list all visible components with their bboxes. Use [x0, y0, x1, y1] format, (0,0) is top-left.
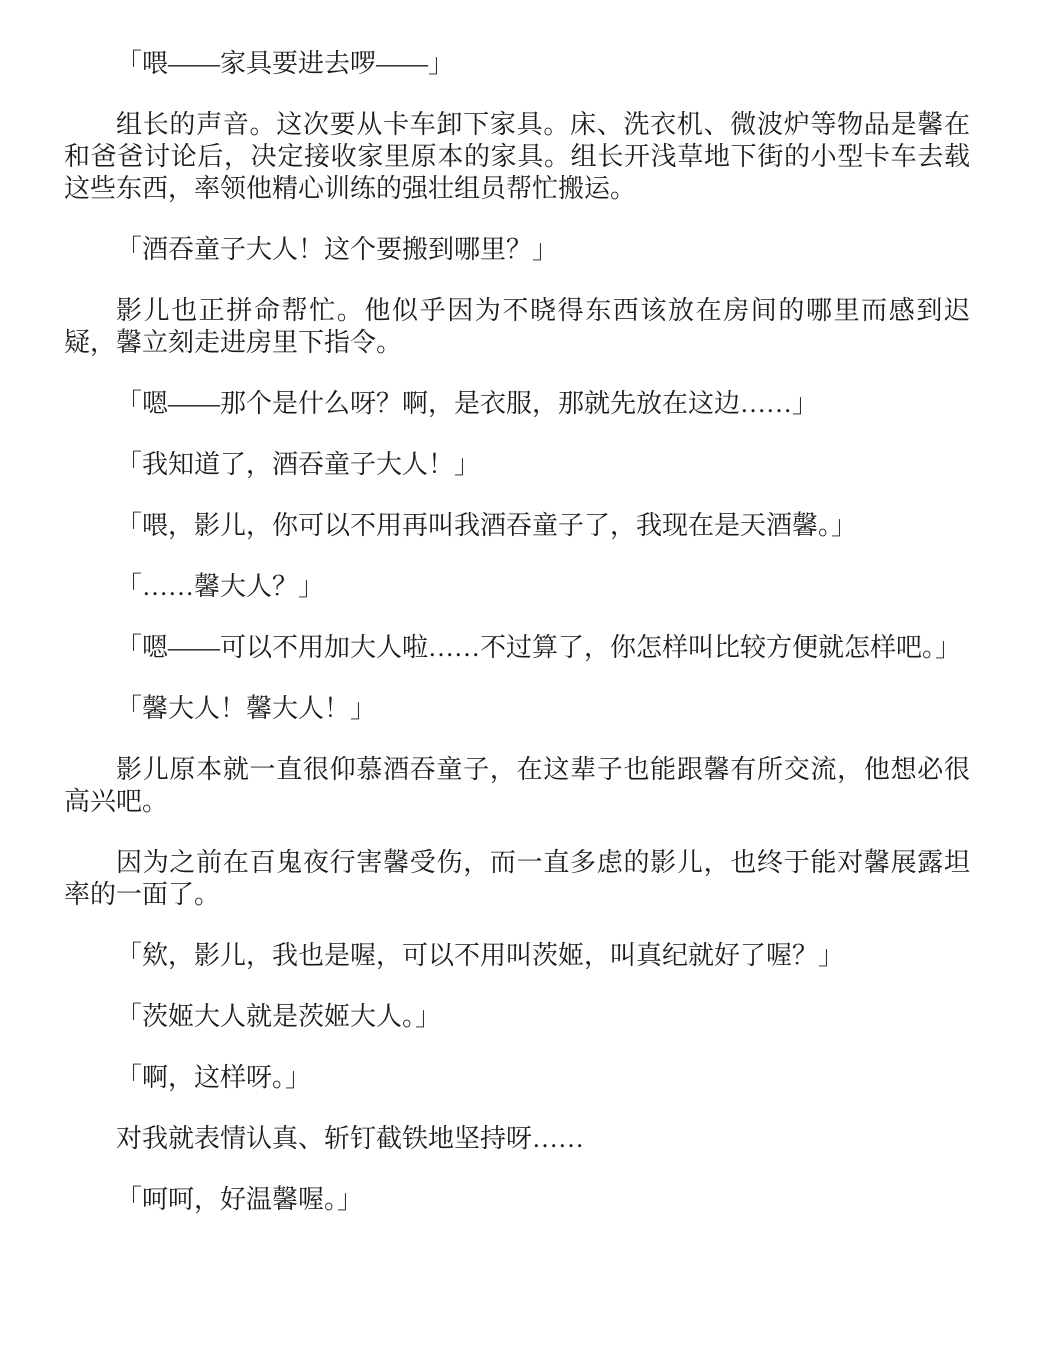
- paragraph-dialogue: 「茨姬大人就是茨姬大人。」: [64, 1001, 970, 1033]
- paragraph-dialogue: 「喂——家具要进去啰——」: [64, 48, 970, 80]
- paragraph-dialogue: 「酒吞童子大人！这个要搬到哪里？」: [64, 234, 970, 266]
- paragraph-dialogue: 「欸，影儿，我也是喔，可以不用叫茨姬，叫真纪就好了喔？」: [64, 940, 970, 972]
- paragraph-dialogue: 「啊，这样呀。」: [64, 1062, 970, 1094]
- paragraph-dialogue: 「嗯——可以不用加大人啦……不过算了，你怎样叫比较方便就怎样吧。」: [64, 632, 970, 664]
- paragraph-dialogue: 「我知道了，酒吞童子大人！」: [64, 449, 970, 481]
- document-page: 「喂——家具要进去啰——」 组长的声音。这次要从卡车卸下家具。床、洗衣机、微波炉…: [0, 0, 1046, 1354]
- paragraph-dialogue: 「喂，影儿，你可以不用再叫我酒吞童子了，我现在是天酒馨。」: [64, 510, 970, 542]
- paragraph-dialogue: 「嗯——那个是什么呀？啊，是衣服，那就先放在这边……」: [64, 388, 970, 420]
- paragraph-narration: 因为之前在百鬼夜行害馨受伤，而一直多虑的影儿，也终于能对馨展露坦率的一面了。: [64, 847, 970, 911]
- paragraph-narration: 对我就表情认真、斩钉截铁地坚持呀……: [64, 1123, 970, 1155]
- paragraph-dialogue: 「馨大人！馨大人！」: [64, 693, 970, 725]
- paragraph-narration: 组长的声音。这次要从卡车卸下家具。床、洗衣机、微波炉等物品是馨在和爸爸讨论后，决…: [64, 109, 970, 205]
- novel-text-block: 「喂——家具要进去啰——」 组长的声音。这次要从卡车卸下家具。床、洗衣机、微波炉…: [64, 48, 970, 1245]
- paragraph-dialogue: 「呵呵，好温馨喔。」: [64, 1184, 970, 1216]
- paragraph-narration: 影儿原本就一直很仰慕酒吞童子，在这辈子也能跟馨有所交流，他想必很高兴吧。: [64, 754, 970, 818]
- paragraph-dialogue: 「……馨大人？」: [64, 571, 970, 603]
- paragraph-narration: 影儿也正拼命帮忙。他似乎因为不晓得东西该放在房间的哪里而感到迟疑，馨立刻走进房里…: [64, 295, 970, 359]
